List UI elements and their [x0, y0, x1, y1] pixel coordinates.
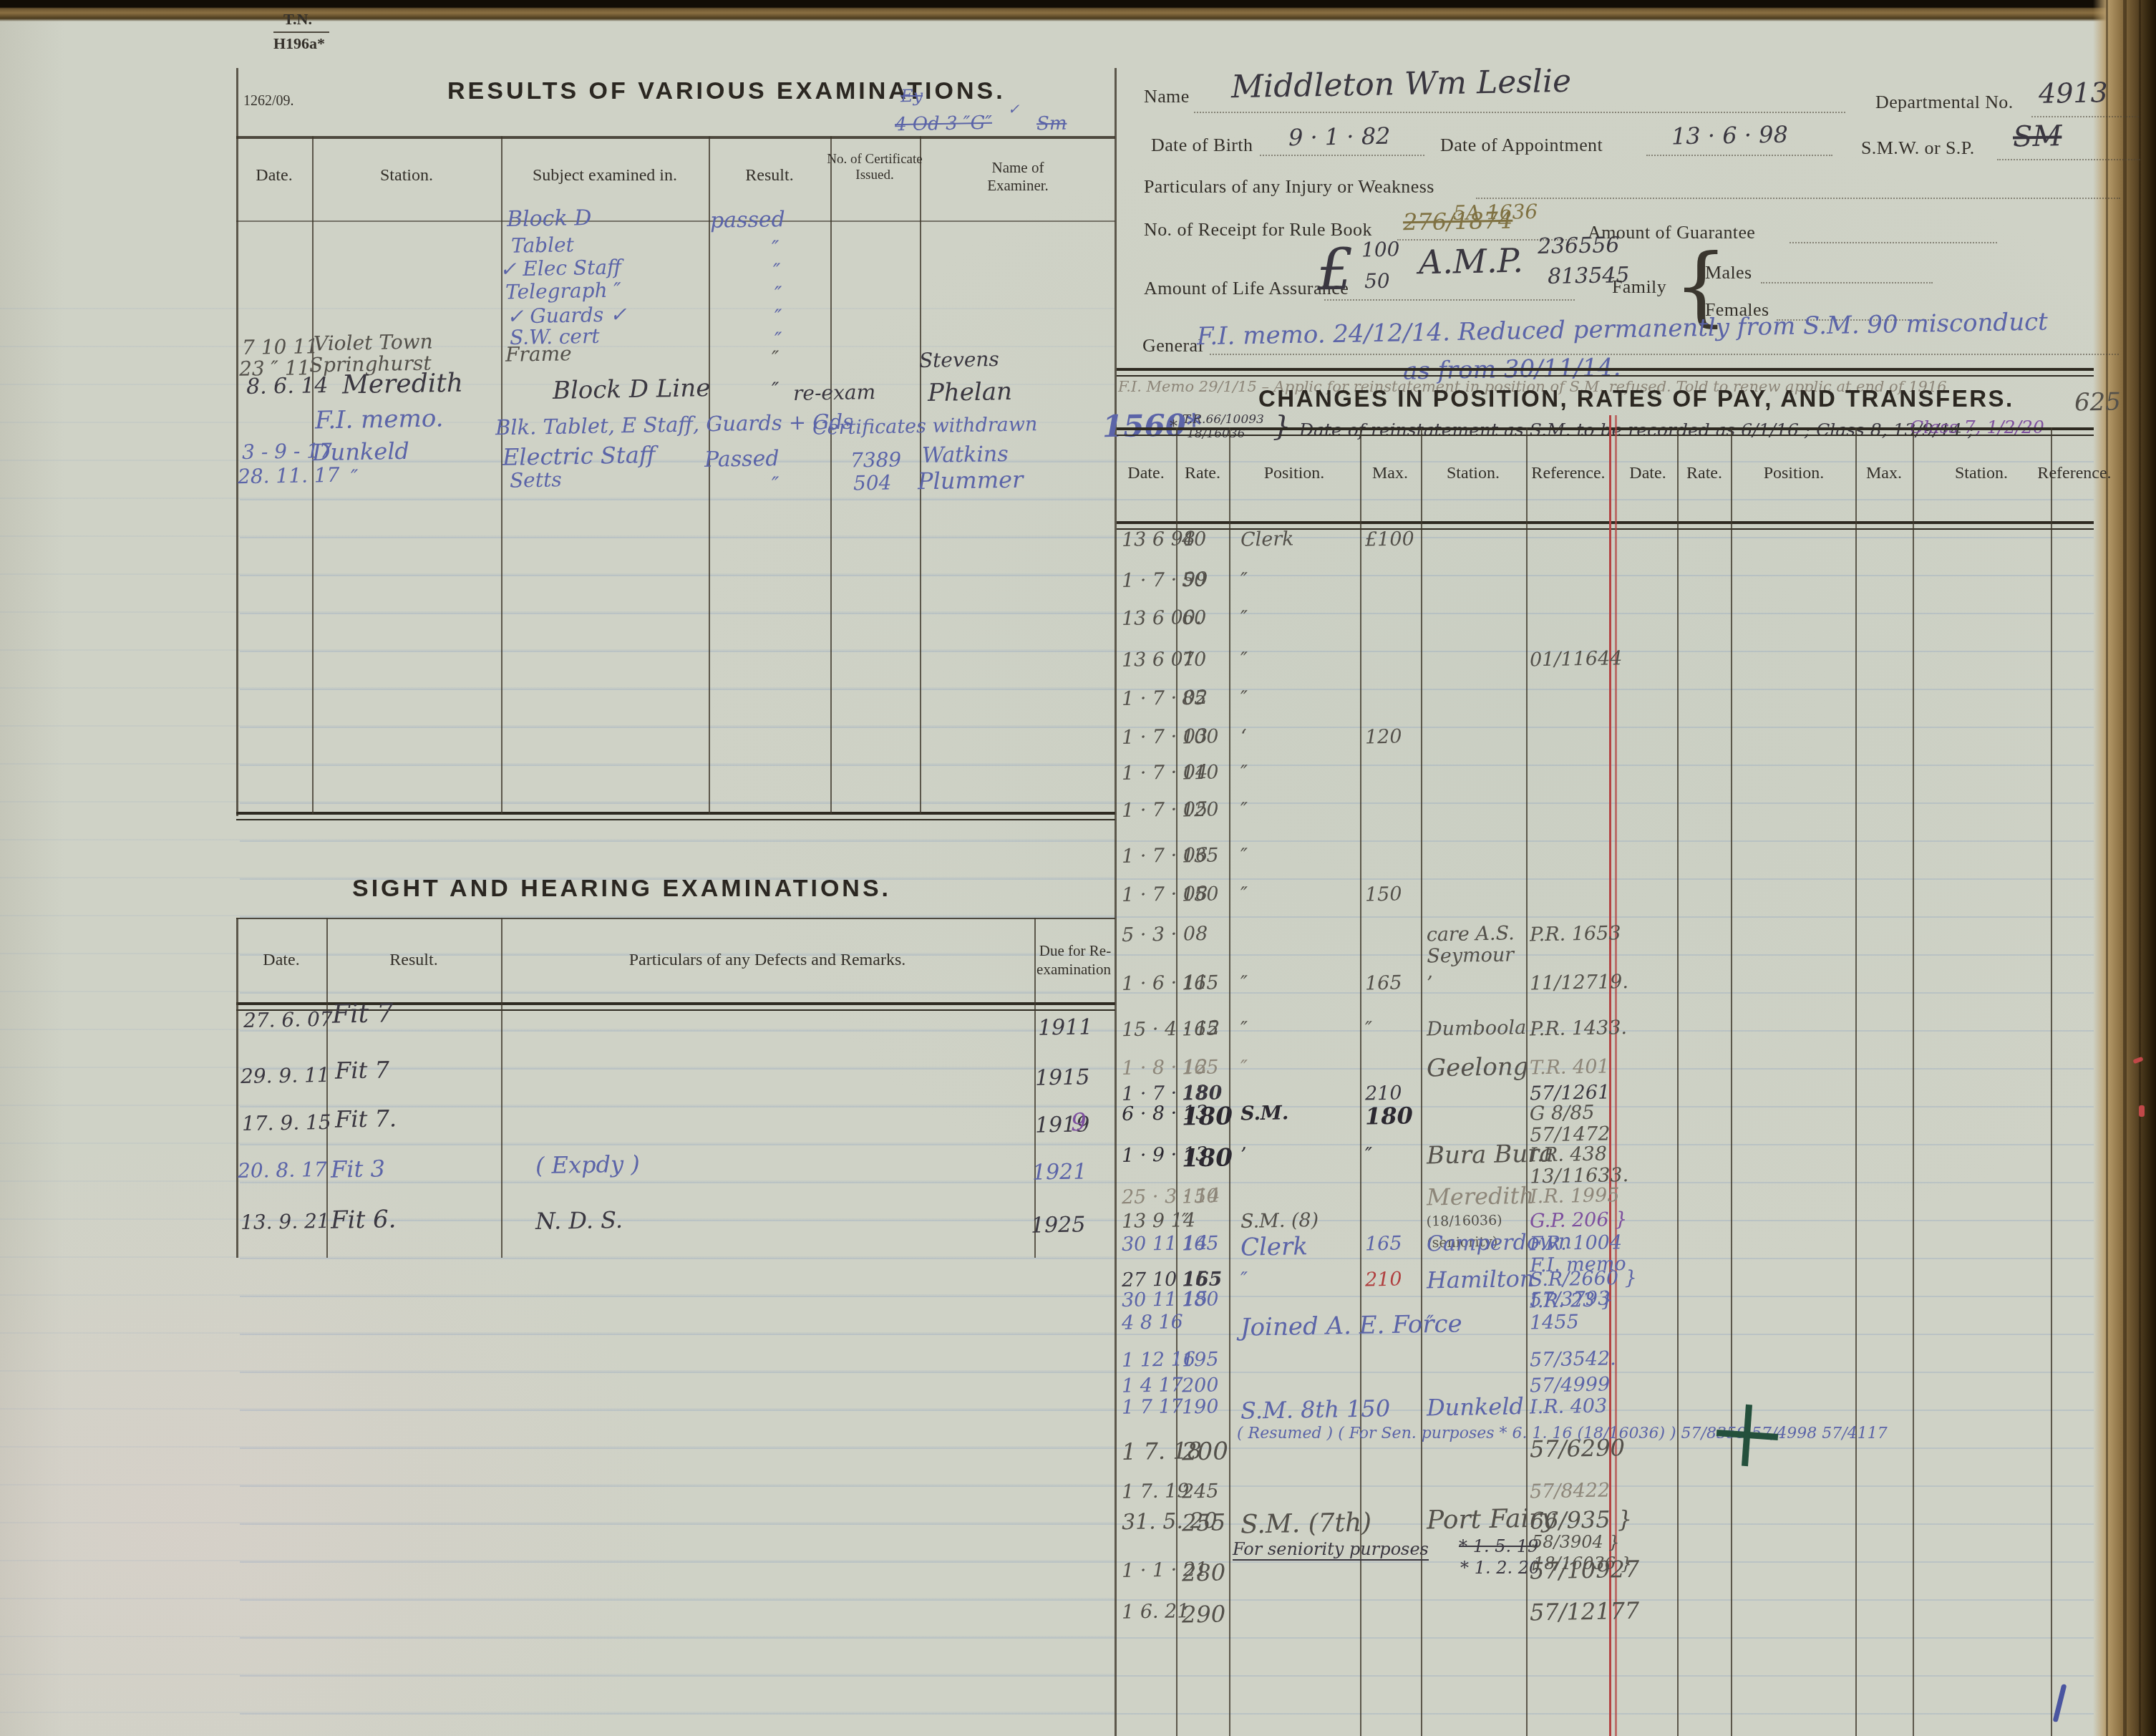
- changes-row: 13 6 00.60″: [1120, 607, 2094, 644]
- cell-position: ″: [1240, 607, 1248, 629]
- cell-rate: 50: [1182, 569, 1207, 592]
- ref-stack-b: 18/16036 }: [1533, 1553, 1632, 1573]
- cell-reference: P.R. 1653: [1530, 923, 1644, 946]
- col-header-station: Station.: [1447, 464, 1500, 483]
- col-header-due: Due for Re-: [1039, 942, 1111, 960]
- sight-result: Fit 3: [331, 1155, 385, 1183]
- exam-examiner: Stevens: [919, 347, 999, 372]
- exam-station: Meredith: [342, 369, 464, 400]
- result-entry: ″: [774, 282, 782, 306]
- dept-no-label: Departmental No.: [1875, 92, 2014, 113]
- result-entry: ″: [773, 259, 781, 283]
- col-header-station: Station.: [1955, 464, 2008, 483]
- exam-station: Dunkeld: [312, 437, 410, 466]
- cell-max: 150: [1365, 883, 1402, 906]
- sight-date: 29. 9. 11: [241, 1063, 330, 1088]
- table-rule: [236, 918, 1115, 919]
- sight-particulars: N. D. S.: [535, 1206, 623, 1235]
- cell-rate: 100: [1182, 726, 1219, 749]
- seniority-date-struck: * 1. 5. 19: [1459, 1536, 1538, 1556]
- cell-position: ″: [1240, 972, 1248, 994]
- cell-rate: 110: [1182, 762, 1219, 785]
- cell-position: ’: [1240, 1144, 1247, 1166]
- scribble-check: ✓: [1008, 100, 1020, 117]
- doa-value: 13 · 6 · 98: [1671, 121, 1788, 150]
- changes-row: 1 6. 2129057/12177: [1120, 1601, 2094, 1638]
- cell-position: S.M.: [1240, 1102, 1289, 1125]
- exam-date: 28. 11. 17: [238, 463, 340, 488]
- changes-row: 4 8 16Joined A. E. Force″1455: [1120, 1311, 2094, 1349]
- ref-stack-a: 58/3904 }: [1532, 1532, 1620, 1552]
- assurance-50: 50: [1364, 269, 1390, 294]
- sight-result: Fit 7: [335, 1056, 389, 1084]
- cell-reference: 57/12177: [1530, 1600, 1644, 1624]
- changes-row: 30 11 14165Clerk165CamperdownF.R. 1004 F…: [1120, 1233, 2094, 1270]
- cell-max: 120: [1365, 726, 1402, 749]
- col-header-reference: Reference.: [1531, 464, 1605, 483]
- sight-due: 1915: [1035, 1065, 1090, 1090]
- col-line: [501, 136, 502, 814]
- exam-result: Certificates withdrawn: [812, 413, 1038, 439]
- cell-rate: 85: [1182, 687, 1207, 710]
- cell-max: £100: [1365, 528, 1414, 551]
- cell-rate: 245: [1182, 1480, 1219, 1503]
- col-header-particulars: Particulars of any Defects and Remarks.: [629, 951, 906, 970]
- assurance-100: 100: [1361, 238, 1400, 262]
- field-line: [1260, 155, 1424, 156]
- cell-rate: 60: [1182, 607, 1207, 630]
- general-note-line1: F.I. memo. 24/12/14. Reduced permanently…: [1197, 308, 2048, 351]
- exam-subject: Block D Line: [553, 374, 711, 405]
- ref-brace: }: [1273, 409, 1291, 442]
- cell-position: Clerk: [1240, 528, 1294, 551]
- col-header-station: Station.: [380, 166, 433, 185]
- sight-date: 17. 9. 15: [242, 1110, 331, 1135]
- cell-date: 5 · 3 · 08: [1122, 923, 1208, 946]
- cell-date: 1 7 17: [1122, 1395, 1183, 1418]
- cell-reference: 57/3793: [1530, 1288, 1644, 1311]
- cell-rate: 200: [1182, 1374, 1219, 1397]
- field-line: [2031, 116, 2139, 117]
- changes-row: 6 · 8 · 13180S.M.180G 8/85 57/1472: [1120, 1102, 2094, 1140]
- cell-position: ″: [1240, 883, 1248, 906]
- exam-certificate: 504: [853, 471, 892, 495]
- changes-row: 1 · 7 · 03100‘120: [1120, 726, 2094, 763]
- changes-row: 1 · 7 · 0285″: [1120, 687, 2094, 724]
- exam-result: ″: [772, 472, 780, 496]
- spine-streak: [2123, 0, 2127, 1736]
- ref-stack-1: T.R.66/10093: [1183, 412, 1264, 427]
- table-rule: [1117, 427, 2094, 436]
- exam-result: ″: [772, 378, 780, 402]
- result-entry: ″: [772, 236, 780, 260]
- sight-due: 1925: [1031, 1212, 1086, 1238]
- cell-max: 210: [1365, 1082, 1402, 1105]
- cell-position: S.M. (7th): [1240, 1508, 1372, 1539]
- exam-subject: Electric Staff: [502, 441, 656, 471]
- cell-rate: 40: [1182, 528, 1207, 551]
- general-label: General: [1142, 335, 1203, 357]
- changes-row: 1 · 7 · 06135″: [1120, 845, 2094, 882]
- cell-position: ″: [1240, 1018, 1248, 1040]
- subject-entry: Tablet: [511, 233, 574, 258]
- cell-reference: P.R. 1433.: [1530, 1017, 1644, 1041]
- changes-row: 1 7. 1820057/6290: [1120, 1437, 2094, 1475]
- field-line: [1790, 242, 1997, 243]
- table-rule: [236, 136, 1115, 139]
- cell-date: 1 4 17: [1122, 1374, 1183, 1397]
- field-line: [1761, 282, 1933, 283]
- changes-row: 13 6 9840Clerk£100: [1120, 528, 2094, 566]
- family-label: Family: [1612, 276, 1666, 298]
- sight-result: Fit 7: [332, 999, 394, 1029]
- cell-rate: 280: [1182, 1558, 1226, 1586]
- col-header-max: Max.: [1866, 464, 1902, 483]
- cell-rate: 180: [1182, 1102, 1233, 1131]
- cell-position: ″: [1240, 845, 1248, 867]
- book-spine: [2093, 0, 2156, 1736]
- col-line: [501, 918, 502, 1258]
- seniority-note: For seniority purposes: [1233, 1539, 1429, 1561]
- col-header-position: Position.: [1764, 464, 1825, 483]
- cell-reference: 57/8422: [1530, 1480, 1644, 1503]
- cell-date: 1 7. 19: [1122, 1480, 1190, 1503]
- col-line: [709, 136, 710, 814]
- assurance-policy-1: 236556: [1538, 233, 1620, 259]
- cell-reference: I.R. 438 13/11633.: [1529, 1143, 1644, 1188]
- injury-label: Particulars of any Injury or Weakness: [1144, 176, 1434, 198]
- cell-date: 4 8 16: [1122, 1311, 1183, 1334]
- name-label: Name: [1144, 86, 1190, 107]
- cell-rate: 165: [1182, 1018, 1219, 1041]
- sight-title: SIGHT AND HEARING EXAMINATIONS.: [352, 875, 891, 903]
- cell-rate: 70: [1182, 649, 1207, 671]
- cell-max: ″: [1365, 1018, 1373, 1040]
- table-border: [236, 918, 238, 1258]
- resumed-note: ( Resumed ) ( For Sen. purposes * 6. 1. …: [1237, 1425, 1888, 1442]
- spine-streak: [2139, 0, 2141, 1736]
- col-header-due2: examination: [1036, 961, 1111, 979]
- cell-max: ″: [1365, 1144, 1373, 1166]
- changes-row: 1 · 9 · 13180’″Bura BuraI.R. 438 13/1163…: [1120, 1144, 2094, 1181]
- changes-row: 15 · 4 · 12165″″DumboolaP.R. 1433.: [1120, 1018, 2094, 1055]
- exam-examiner: Plummer: [918, 466, 1024, 495]
- changes-row: 1 · 7 · 05120″: [1120, 799, 2094, 836]
- cell-position: Clerk: [1240, 1232, 1308, 1262]
- table-border: [236, 68, 238, 816]
- col-line: [326, 918, 328, 1258]
- sight-result: Fit 7.: [335, 1105, 397, 1133]
- spine-streak: [2106, 0, 2108, 1736]
- col-header-rate: Rate.: [1185, 464, 1220, 483]
- cell-max: 165: [1365, 972, 1402, 995]
- field-line: [1210, 354, 2119, 355]
- cell-rate: 195: [1182, 1349, 1219, 1372]
- cell-position: ″: [1240, 762, 1248, 784]
- form-code-tn: T.N.: [283, 10, 312, 29]
- cell-reference: T.R. 401: [1530, 1056, 1644, 1080]
- cell-rate: 255: [1182, 1508, 1226, 1536]
- sight-date: 20. 8. 17: [238, 1158, 327, 1183]
- sight-particulars: ( Expdy ): [535, 1150, 640, 1180]
- cell-rate: 165: [1182, 1057, 1219, 1080]
- field-line: [1324, 299, 1575, 301]
- col-header-date: Date.: [1629, 464, 1666, 483]
- cell-rate: ″: [1182, 1210, 1190, 1232]
- field-line: [1476, 198, 2120, 199]
- exam-subject: Setts: [510, 467, 562, 492]
- col-header-max: Max.: [1372, 464, 1408, 483]
- cell-position: ‘: [1240, 726, 1247, 748]
- dept-no-value: 4913: [2039, 77, 2108, 110]
- cell-rate: 190: [1182, 1396, 1219, 1419]
- subject-entry: Telegraph ″: [505, 278, 621, 304]
- field-line: [1194, 112, 1845, 113]
- sight-date: 13. 9. 21: [241, 1209, 330, 1234]
- dob-value: 9 · 1 · 82: [1288, 122, 1391, 151]
- result-entry: passed: [710, 207, 785, 233]
- col-header-date: Date.: [256, 166, 292, 185]
- cell-reference: I.R. 1995: [1530, 1185, 1644, 1208]
- cell-rate: 120: [1182, 799, 1219, 822]
- assurance-company: A.M.P.: [1419, 241, 1524, 282]
- cell-rate: 150: [1182, 1185, 1219, 1208]
- cell-rate: 180: [1182, 1143, 1233, 1173]
- changes-row: 13 6 0170″01/11644: [1120, 649, 2094, 686]
- subject-entry: Block D: [507, 205, 592, 232]
- cell-rate: 150: [1182, 883, 1219, 906]
- subject-entry: ✓ Elec Staff: [500, 256, 621, 281]
- col-header-result: Result.: [389, 951, 437, 970]
- cell-rate: 165: [1182, 1233, 1219, 1256]
- cell-position: S.M. (8): [1240, 1209, 1319, 1233]
- cell-position: ″: [1240, 687, 1248, 709]
- sight-date: 27. 6. 07: [243, 1007, 333, 1032]
- exam-station: F.I. memo.: [315, 404, 444, 435]
- exam-certificate: 7389: [850, 447, 902, 472]
- blue-pen-tick: [2053, 1684, 2067, 1722]
- assurance-pound: £: [1316, 236, 1354, 304]
- table-rule: [236, 220, 1115, 222]
- cell-rate: 200: [1182, 1437, 1229, 1466]
- exam-subject: Blk. Tablet, E Staff, Guards + Gds: [495, 409, 854, 440]
- section-rule: [1117, 368, 2094, 377]
- cell-position: ″: [1240, 569, 1248, 591]
- changes-row: 1 · 7 · 04110″: [1120, 762, 2094, 799]
- cell-date: 1 6. 21: [1122, 1600, 1190, 1624]
- changes-row: 1 · 7 · 9950″: [1120, 569, 2094, 606]
- sight-result: Fit 6.: [331, 1205, 397, 1235]
- form-code-h196a: H196a*: [273, 34, 325, 53]
- cell-reference: 11/12719.: [1530, 971, 1644, 995]
- col-header-rate: Rate.: [1686, 464, 1722, 483]
- cell-position: ″: [1240, 1269, 1248, 1291]
- sight-due: 1911: [1038, 1014, 1093, 1040]
- sight-due-overwrite: 9: [1071, 1108, 1087, 1137]
- cell-reference: 57/4999: [1530, 1374, 1644, 1397]
- exam-subject: Frame: [505, 341, 572, 367]
- rulebook-value: 276/1874: [1403, 207, 1513, 236]
- changes-title: CHANGES IN POSITION, RATES OF PAY, AND T…: [1258, 385, 2014, 412]
- scribble-c: Sm: [1036, 113, 1067, 135]
- ruled-lines-left: [0, 308, 1115, 1729]
- doa-label: Date of Appointment: [1440, 135, 1603, 156]
- exam-examiner: Watkins: [922, 442, 1009, 468]
- exam-result: Passed: [704, 446, 780, 472]
- exam-examiner: Phelan: [928, 377, 1013, 407]
- cell-reference: 01/11644: [1530, 648, 1644, 671]
- col-header-date: Date.: [263, 951, 299, 970]
- name-value: Middleton Wm Leslie: [1231, 63, 1572, 105]
- col-header-subject: Subject examined in.: [533, 166, 677, 185]
- cell-reference: G.P. 206 }: [1530, 1209, 1644, 1233]
- changes-row: 1 · 6 · 11165″165’11/12719.: [1120, 972, 2094, 1009]
- cell-max: 180: [1365, 1102, 1413, 1130]
- exam-station: ″: [351, 465, 359, 489]
- field-line: [1646, 155, 1832, 156]
- scribble-a: Ey: [900, 86, 923, 107]
- col-header-result: Result.: [745, 166, 793, 185]
- col-header-date: Date.: [1127, 464, 1164, 483]
- cell-position: S.M. 8th 150: [1240, 1395, 1391, 1425]
- exam-certificate: re-exam: [793, 380, 876, 405]
- red-mark: [2139, 1105, 2145, 1117]
- scribble-b: 4 Od 3 ″G″: [895, 112, 993, 135]
- sight-due: 1921: [1032, 1159, 1087, 1185]
- col-header-certificate: No. of Certificate Issued.: [825, 152, 925, 183]
- cell-max: 210: [1365, 1269, 1402, 1291]
- form-number: 1262/09.: [243, 93, 294, 110]
- smw-value: SM: [2013, 120, 2062, 153]
- page-number: 625: [2074, 387, 2122, 417]
- exam-result: ″: [772, 346, 780, 370]
- ledger-page: T.N. H196a* 1262/09. RESULTS OF VARIOUS …: [0, 0, 2156, 1736]
- males-label: Males: [1705, 262, 1752, 283]
- table-rule: [236, 812, 1115, 820]
- cell-max: 165: [1365, 1233, 1402, 1256]
- exam-date: 8. 6. 14: [246, 373, 329, 399]
- cell-reference: I.R. 403: [1530, 1395, 1644, 1419]
- seniority-date-new: * 1. 2. 20: [1460, 1558, 1540, 1578]
- cell-reference: 66/935 }: [1530, 1508, 1644, 1532]
- cell-rate: 135: [1182, 845, 1219, 868]
- changes-row: 5 · 3 · 08care A.S. SeymourP.R. 1653: [1120, 923, 2094, 961]
- result-entry: ″: [774, 305, 782, 329]
- cell-position: ″: [1240, 649, 1248, 671]
- col-header-reference: Reference.: [2037, 464, 2111, 483]
- cell-rate: 290: [1182, 1600, 1226, 1628]
- cell-reference: 1455: [1530, 1311, 1644, 1334]
- cell-rate: 180: [1182, 1289, 1219, 1311]
- cell-rate: 165: [1182, 972, 1219, 995]
- cell-position: ″: [1240, 1057, 1248, 1079]
- col-header-examiner: Name of Examiner.: [968, 159, 1068, 195]
- cell-position: ″: [1240, 799, 1248, 821]
- smw-label: S.M.W. or S.P.: [1861, 137, 1975, 159]
- col-header-position: Position.: [1264, 464, 1325, 483]
- page-divider: [1115, 68, 1117, 1736]
- changes-row: 1 · 7 · 08150″150: [1120, 883, 2094, 921]
- book-top-edge: [0, 0, 2156, 21]
- col-line: [830, 136, 832, 814]
- fraction-bar: [273, 31, 329, 33]
- cell-reference: 57/3542.: [1530, 1348, 1644, 1372]
- field-line: [1997, 159, 2140, 160]
- dob-label: Date of Birth: [1151, 135, 1253, 156]
